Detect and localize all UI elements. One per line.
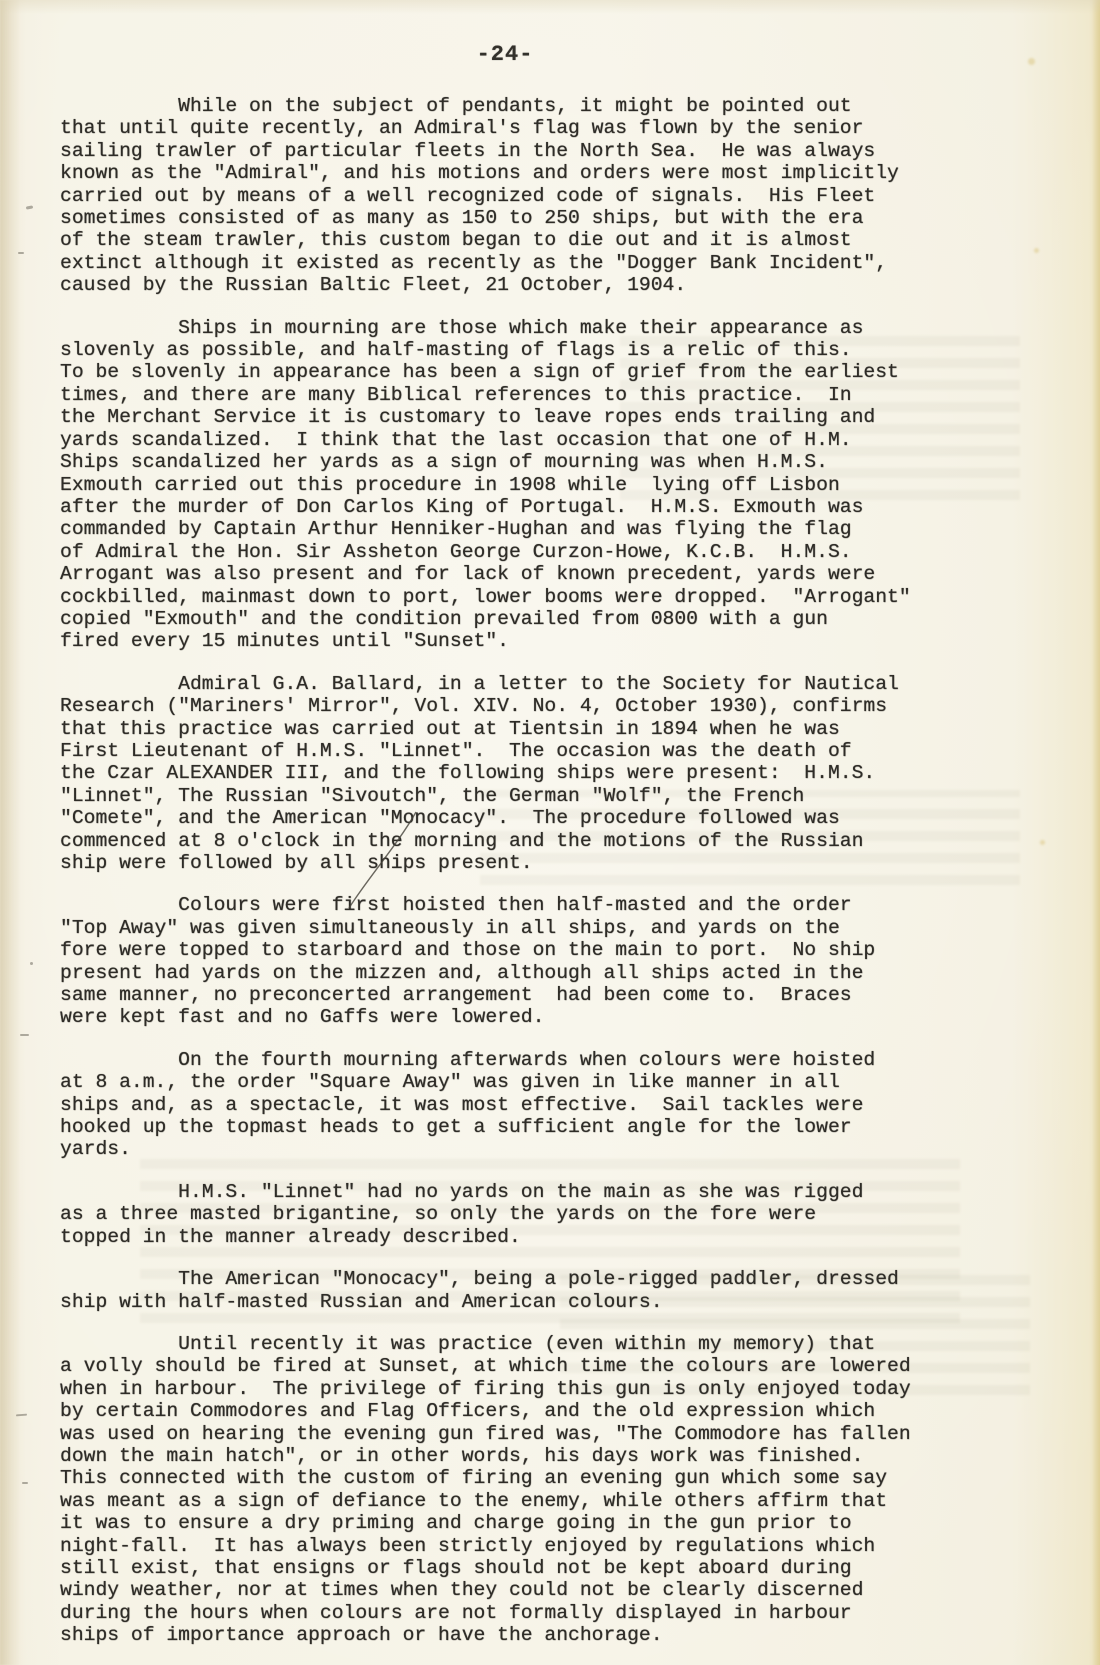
paragraph-hms-linnet: H.M.S. "Linnet" had no yards on the main… (60, 1181, 1064, 1248)
paper-stain (1040, 840, 1045, 845)
document-page: -24- While on the subject of pendants, i… (0, 0, 1100, 1665)
paragraph-ships-mourning: Ships in mourning are those which make t… (60, 317, 1064, 653)
page-content: While on the subject of pendants, it mig… (60, 95, 1064, 1665)
margin-mark (26, 205, 33, 209)
paragraph-ballard-letter: Admiral G.A. Ballard, in a letter to the… (60, 673, 1064, 875)
paragraph-colours-hoisted: Colours were first hoisted then half-mas… (60, 894, 1064, 1028)
margin-mark (20, 1034, 29, 1036)
paper-top-edge (0, 0, 1100, 14)
paper-stain (1034, 248, 1039, 253)
paragraph-sunset-gun: Until recently it was practice (even wit… (60, 1333, 1064, 1647)
margin-mark (18, 252, 24, 254)
margin-mark (30, 962, 33, 965)
paragraph-fourth-mourning: On the fourth mourning afterwards when c… (60, 1049, 1064, 1161)
paper-right-edge (1092, 0, 1100, 1665)
margin-mark (22, 1482, 28, 1484)
margin-mark (16, 1414, 27, 1417)
paper-stain (1028, 58, 1035, 65)
paragraph-monocacy: The American "Monocacy", being a pole-ri… (60, 1268, 1064, 1313)
paragraph-pendants: While on the subject of pendants, it mig… (60, 95, 1064, 297)
page-number: -24- (0, 42, 1010, 67)
